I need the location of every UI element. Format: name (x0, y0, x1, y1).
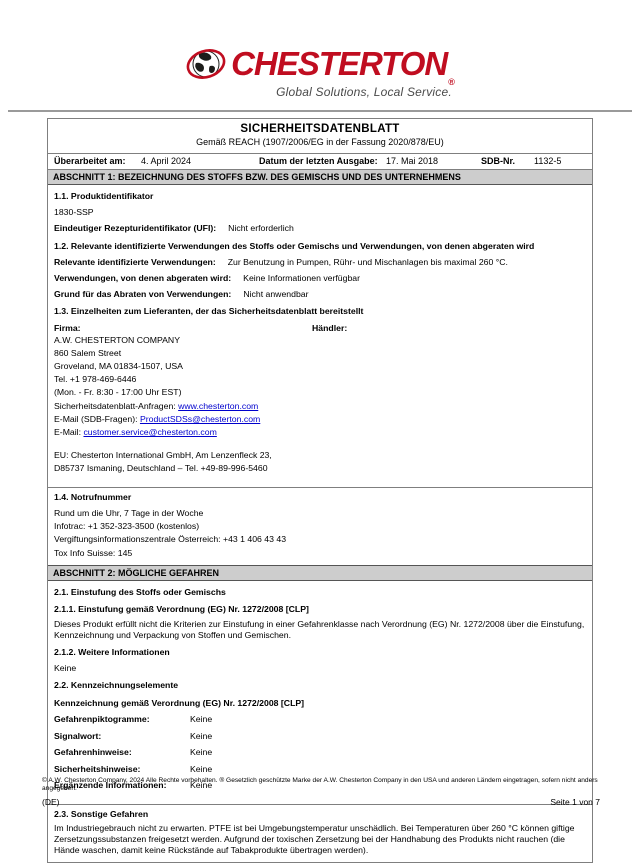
section1-header: ABSCHNITT 1: BEZEICHNUNG DES STOFFS BZW.… (48, 170, 592, 185)
ufi-label: Eindeutiger Rezepturidentifikator (UFI): (54, 223, 216, 233)
registered-mark: ® (448, 77, 455, 87)
page-footer: © A.W. Chesterton Company, 2024 Alle Rec… (42, 777, 600, 807)
product-identifier: 1830-SSP (54, 207, 586, 219)
last-issue-label: Datum der letzten Ausgabe: (259, 156, 378, 166)
last-issue-date: 17. Mai 2018 (386, 156, 438, 166)
safety-data-sheet: SICHERHEITSDATENBLATT Gemäß REACH (1907/… (47, 118, 593, 863)
sds-number-label: SDB-Nr. (481, 156, 515, 166)
emergency-line: Vergiftungsinformationszentrale Österrei… (54, 534, 586, 545)
precautionary-statements-value: Keine (190, 764, 212, 776)
heading-2-3: 2.3. Sonstige Gefahren (54, 809, 586, 821)
section2-header: ABSCHNITT 2: MÖGLICHE GEFAHREN (48, 565, 592, 581)
brand-tagline: Global Solutions, Local Service. (276, 85, 452, 99)
reason-advised-against-label: Grund für das Abraten von Verwendungen: (54, 289, 231, 299)
company-city: Groveland, MA 01834-1507, USA (54, 361, 312, 372)
signal-word-value: Keine (190, 731, 212, 743)
company-name: A.W. CHESTERTON COMPANY (54, 335, 312, 346)
dealer-column: Händler: (312, 323, 586, 475)
email-sds-label: E-Mail (SDB-Fragen): (54, 414, 140, 424)
precautionary-statements-label: Sicherheitshinweise: (54, 764, 190, 776)
heading-2-1-2: 2.1.2. Weitere Informationen (54, 647, 586, 659)
revised-label: Überarbeitet am: (54, 156, 126, 166)
sds-email-link[interactable]: ProductSDSs@chesterton.com (140, 414, 260, 424)
company-hours: (Mon. - Fr. 8:30 - 17:00 Uhr EST) (54, 387, 312, 398)
emergency-line: Rund um die Uhr, 7 Tage in der Woche (54, 508, 586, 519)
section2-content: 2.1. Einstufung des Stoffs oder Gemischs… (48, 587, 592, 798)
globe-icon (186, 44, 226, 84)
language-tag: (DE) (42, 797, 59, 807)
heading-1-4: 1.4. Notrufnummer (54, 492, 586, 504)
eu-address-line1: EU: Chesterton International GmbH, Am Le… (54, 450, 312, 461)
heading-1-3: 1.3. Einzelheiten zum Lieferanten, der d… (54, 306, 586, 318)
document-title: SICHERHEITSDATENBLATT (52, 123, 588, 135)
website-link[interactable]: www.chesterton.com (178, 401, 258, 411)
email-label: E-Mail: (54, 427, 83, 437)
signal-word-label: Signalwort: (54, 731, 190, 743)
reason-advised-against-value: Nicht anwendbar (243, 289, 308, 299)
pictograms-label: Gefahrenpiktogramme: (54, 714, 190, 726)
emergency-line: Tox Info Suisse: 145 (54, 548, 586, 559)
heading-1-2: 1.2. Relevante identifizierte Verwendung… (54, 241, 586, 253)
labelling-subheading: Kennzeichnung gemäß Verordnung (EG) Nr. … (54, 698, 586, 710)
sds-requests-label: Sicherheitsdatenblatt-Anfragen: (54, 401, 178, 411)
other-hazards-block: 2.3. Sonstige Gefahren Im Industriegebra… (48, 809, 592, 863)
eu-address-line2: D85737 Ismaning, Deutschland – Tel. +49-… (54, 463, 312, 474)
brand-name: CHESTERTON (231, 45, 447, 82)
ufi-value: Nicht erforderlich (228, 223, 294, 233)
pictograms-value: Keine (190, 714, 212, 726)
hazard-statements-label: Gefahrenhinweise: (54, 747, 190, 759)
classification-text: Dieses Produkt erfüllt nicht die Kriteri… (54, 619, 586, 641)
row-divider (48, 487, 592, 488)
revision-meta-row: Überarbeitet am: 4. April 2024 Datum der… (48, 154, 592, 170)
company-phone: Tel. +1 978-469-6446 (54, 374, 312, 385)
page-number: Seite 1 von 7 (550, 797, 600, 807)
supplier-column: Firma: A.W. CHESTERTON COMPANY 860 Salem… (54, 323, 312, 475)
header-divider (8, 110, 632, 112)
identified-uses-value: Zur Benutzung in Pumpen, Rühr- und Misch… (228, 257, 508, 267)
section1-content: 1.1. Produktidentifikator 1830-SSP Einde… (48, 191, 592, 481)
uses-advised-against-label: Verwendungen, von denen abgeraten wird: (54, 273, 231, 283)
heading-2-1-1: 2.1.1. Einstufung gemäß Verordnung (EG) … (54, 604, 586, 616)
other-hazards-text: Im Industriegebrauch nicht zu erwarten. … (54, 823, 586, 856)
heading-2-1: 2.1. Einstufung des Stoffs oder Gemischs (54, 587, 586, 599)
company-label: Firma: (54, 323, 312, 333)
document-subtitle: Gemäß REACH (1907/2006/EG in der Fassung… (52, 137, 588, 147)
title-block: SICHERHEITSDATENBLATT Gemäß REACH (1907/… (48, 119, 592, 154)
sds-number-value: 1132-5 (534, 156, 561, 166)
copyright-text: © A.W. Chesterton Company, 2024 Alle Rec… (42, 777, 600, 793)
emergency-number-block: 1.4. Notrufnummer Rund um die Uhr, 7 Tag… (48, 492, 592, 565)
company-logo: CHESTERTON® Global Solutions, Local Serv… (0, 44, 640, 99)
revised-date: 4. April 2024 (141, 156, 191, 166)
company-street: 860 Salem Street (54, 348, 312, 359)
customer-service-email-link[interactable]: customer.service@chesterton.com (83, 427, 216, 437)
heading-2-2: 2.2. Kennzeichnungselemente (54, 680, 586, 692)
emergency-line: Infotrac: +1 352-323-3500 (kostenlos) (54, 521, 586, 532)
heading-1-1: 1.1. Produktidentifikator (54, 191, 586, 203)
identified-uses-label: Relevante identifizierte Verwendungen: (54, 257, 216, 267)
dealer-label: Händler: (312, 323, 586, 333)
further-information-value: Keine (54, 663, 586, 675)
uses-advised-against-value: Keine Informationen verfügbar (243, 273, 360, 283)
hazard-statements-value: Keine (190, 747, 212, 759)
